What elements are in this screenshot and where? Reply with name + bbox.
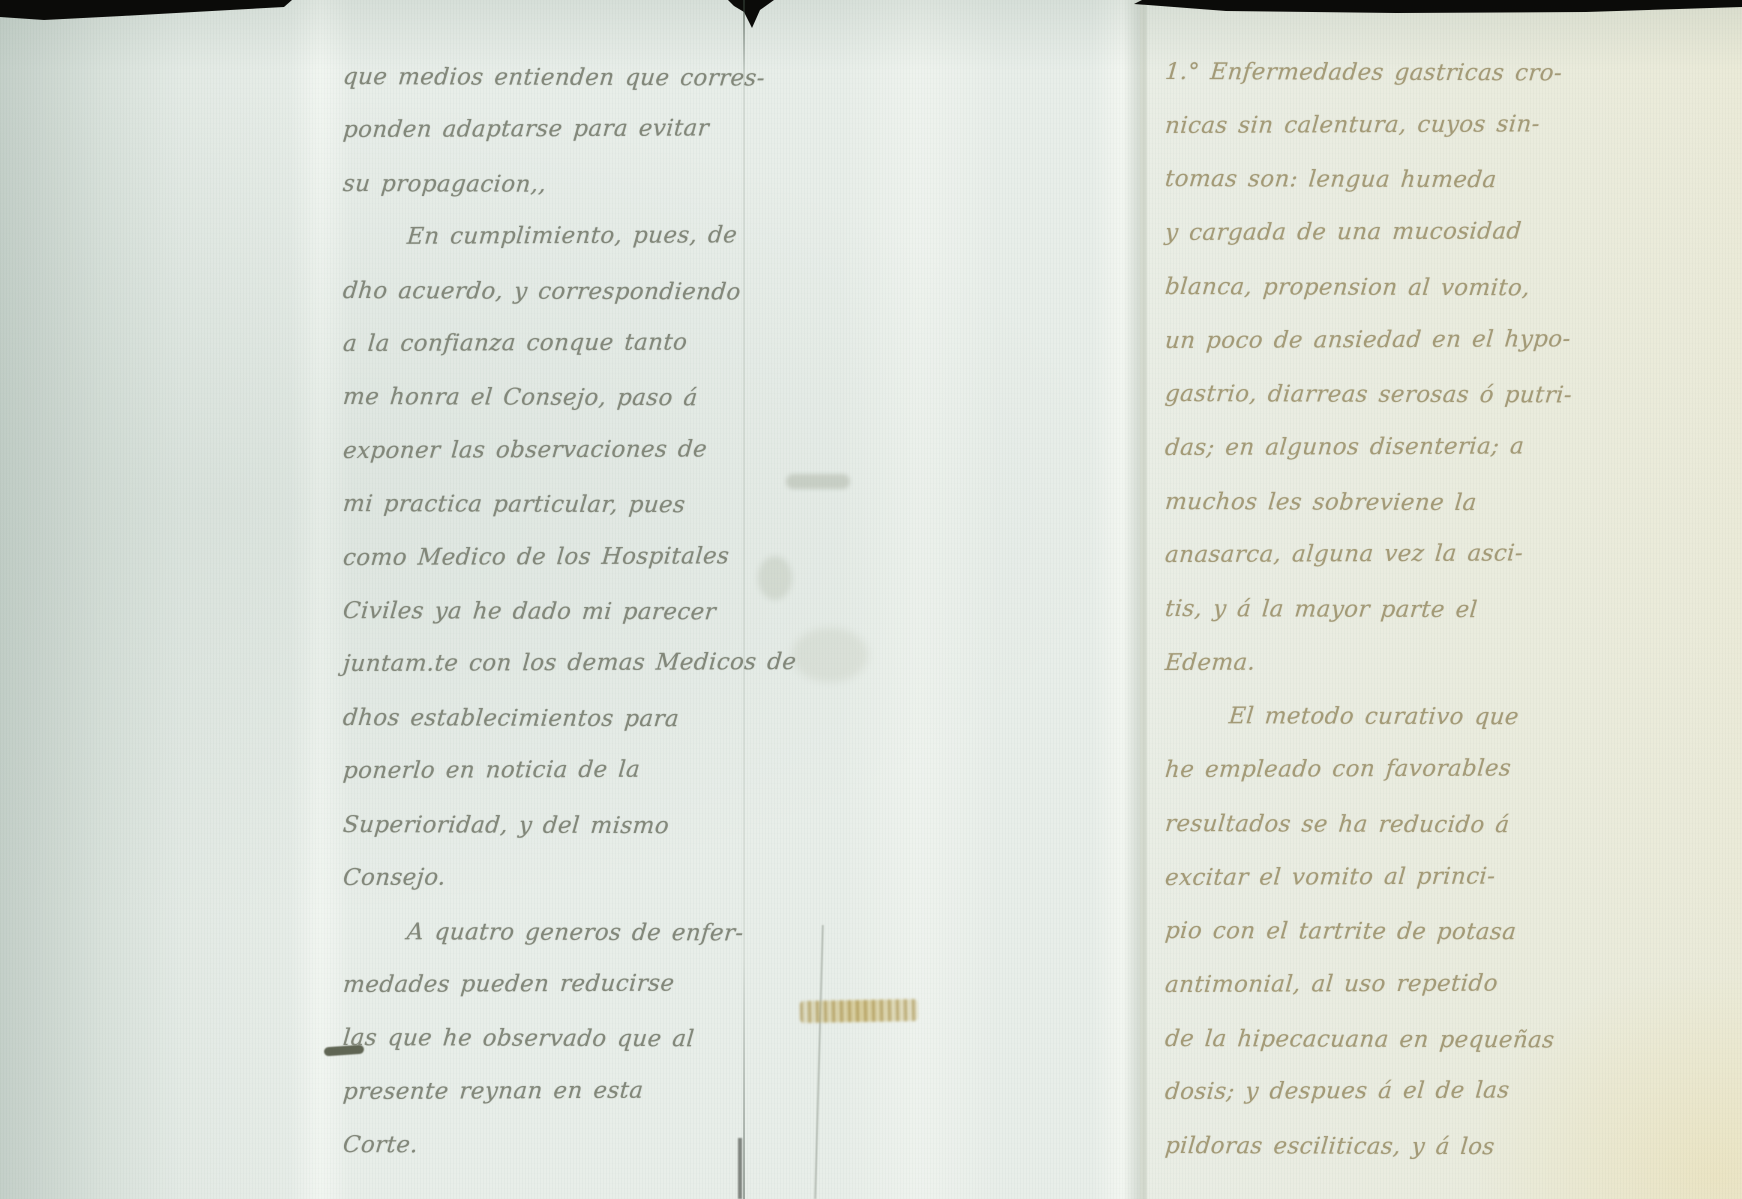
manuscript-line: Consejo. [341,850,750,905]
fold-notch [722,0,780,30]
paper-gutter-highlight [840,0,1000,1199]
manuscript-line: blanca, propension al vomito, [1163,261,1578,316]
manuscript-line: anasarca, alguna vez la asci- [1163,528,1578,583]
page-edge-seam [1092,0,1148,1199]
manuscript-line: pildoras esciliticas, y á los [1163,1120,1578,1175]
manuscript-line: Civiles ya he dado mi parecer [341,585,750,640]
manuscript-line: dhos establecimientos para [341,692,750,747]
manuscript-line: presente reynan en esta [341,1064,750,1119]
ink-offset-stamp [800,999,918,1023]
manuscript-line: exponer las observaciones de [341,423,750,478]
manuscript-line: resultados se ha reducido á [1163,798,1578,853]
manuscript-line: me honra el Consejo, paso á [341,371,750,426]
manuscript-line: pio con el tartrite de potasa [1163,905,1578,960]
manuscript-line: un poco de ansiedad en el hypo- [1163,313,1578,368]
paper-edge-shadow [0,0,180,1199]
manuscript-line: a la confianza conque tanto [341,316,750,371]
scan-edge-top-left [0,0,292,22]
manuscript-line: su propagacion,, [341,158,750,213]
manuscript-scan: que medios entienden que corres-ponden a… [0,0,1742,1199]
manuscript-line: Superioridad, y del mismo [341,799,750,854]
show-through-smudge [792,628,868,682]
manuscript-line: En cumplimiento, pues, de [341,209,750,264]
manuscript-line: gastrio, diarreas serosas ó putri- [1163,368,1578,423]
manuscript-line: excitar el vomito al princi- [1163,850,1578,905]
manuscript-line: juntam.te con los demas Medicos de [341,637,750,692]
manuscript-line: como Medico de los Hospitales [341,530,750,585]
manuscript-line: Corte. [341,1119,750,1174]
left-page-text: que medios entienden que corres-ponden a… [343,51,747,1173]
manuscript-line: das; en algunos disenteria; a [1163,420,1578,475]
manuscript-line: dosis; y despues á el de las [1163,1065,1578,1120]
manuscript-line: he empleado con favorables [1163,742,1578,797]
manuscript-line: muchos les sobreviene la [1163,476,1578,531]
paper-margin-tint [0,0,335,1199]
manuscript-line: nicas sin calentura, cuyos sin- [1163,98,1578,153]
manuscript-line: Edema. [1163,635,1578,690]
slanted-crease [814,925,824,1199]
manuscript-line: 1.° Enfermedades gastricas cro- [1163,46,1578,101]
manuscript-line: que medios entienden que corres- [341,51,750,106]
show-through-smudge [758,556,792,600]
manuscript-line: dho acuerdo, y correspondiendo [341,265,750,320]
manuscript-line: tomas son: lengua humeda [1163,153,1578,208]
manuscript-line: medades pueden reducirse [341,957,750,1012]
manuscript-line: ponden adaptarse para evitar [341,103,750,158]
right-page-text: 1.° Enfermedades gastricas cro-nicas sin… [1165,46,1575,1174]
manuscript-line: y cargada de una mucosidad [1163,205,1578,260]
manuscript-line: mi practica particular, pues [341,478,750,533]
scan-edge-top-right [1134,0,1742,16]
manuscript-line: A quatro generos de enfer- [341,906,750,961]
manuscript-line: antimonial, al uso repetido [1163,957,1578,1012]
manuscript-line: El metodo curativo que [1163,690,1578,745]
manuscript-line: ponerlo en noticia de la [341,744,750,799]
manuscript-line: de la hipecacuana en pequeñas [1163,1013,1578,1068]
manuscript-line: tis, y á la mayor parte el [1163,583,1578,638]
show-through-smudge [786,474,850,489]
manuscript-line: las que he observado que al [341,1012,750,1067]
